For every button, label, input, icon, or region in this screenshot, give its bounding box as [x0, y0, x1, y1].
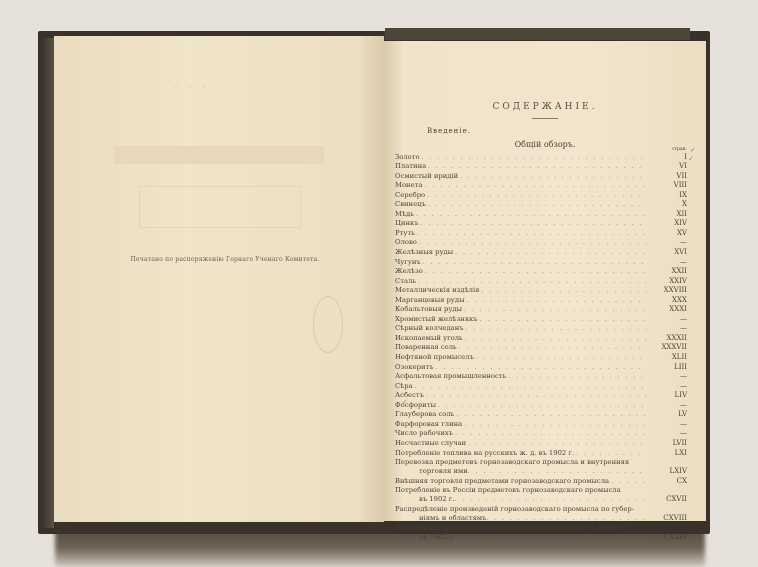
imprint-note: Печатано по распоряженію Горнаго Ученаго…	[95, 256, 355, 263]
entry-page: —	[647, 420, 695, 429]
entry-label-line1: Перевозка предметовъ горнозаводскаго про…	[395, 458, 695, 467]
entry-label: Мѣдь	[395, 210, 416, 219]
leader-dots: . . . . . . . . . . . . . . . . . . . . …	[456, 410, 647, 419]
toc-entry: Асбестъ . . . . . . . . . . . . . . . . …	[395, 391, 695, 401]
leader-dots: . . . . . . . . . . . . . . . . . . . . …	[468, 439, 647, 448]
entry-page: XV	[647, 229, 695, 238]
entry-page: XXXII	[647, 334, 695, 343]
toc-entry: Цинкъ . . . . . . . . . . . . . . . . . …	[395, 219, 695, 229]
entry-label: Глауберова соль	[395, 410, 456, 419]
toc-entry: Олово . . . . . . . . . . . . . . . . . …	[395, 238, 695, 248]
toc-entry: Марганцевыя руды . . . . . . . . . . . .…	[395, 295, 695, 305]
leader-dots: . . . . . . . . . . . . . . . . . . . . …	[466, 324, 647, 333]
entry-label: Ртуть	[395, 229, 417, 238]
leader-dots: . . . . . . . . . . . . . . . . . . . . …	[424, 181, 647, 190]
leader-dots: . . . . . . . . . . . . . . . . . . . . …	[486, 514, 647, 524]
leader-dots: . . . . . . . . . . . . . . . . . . . . …	[480, 315, 647, 324]
leader-dots: . . . . . . . . . . . . . . . . . . . . …	[415, 382, 647, 391]
book-spine-edge	[42, 38, 54, 528]
entry-label: Сталь	[395, 277, 418, 286]
toc-title: СОДЕРЖАНІЕ.	[395, 102, 695, 112]
entry-page: XXXI	[647, 305, 695, 314]
leader-dots: . . . . . . . . . . . . . . . . . . . . …	[467, 296, 647, 305]
entry-page: VI	[647, 162, 695, 171]
entry-label: Ископаемый уголь	[395, 334, 465, 343]
entry-label: Желѣзо	[395, 267, 425, 276]
title-rule	[532, 118, 558, 119]
entry-page: CXVIII	[647, 514, 695, 524]
entry-label: Марганцевыя руды	[395, 296, 467, 305]
entry-label-line1: Распредѣленіе произведеній горнозаводска…	[395, 505, 695, 514]
entry-label: Серебро	[395, 191, 427, 200]
leader-dots: . . . . . . . . . . . . . . . . . . . . …	[419, 238, 647, 247]
toc-entry: Несчастные случаи . . . . . . . . . . . …	[395, 438, 695, 448]
leader-dots: . . . . . . . . . . . . . . . . . . . . …	[416, 210, 647, 219]
entry-page: XIV	[647, 219, 695, 228]
leader-dots: . . . . . . . . . . . . . . . . . . . . …	[423, 258, 647, 267]
bleedthrough-block-2	[139, 186, 301, 228]
leader-dots: . . . . . . . . . . . . . . . . . . . . …	[459, 343, 647, 352]
leader-dots: . . . . . . . . . . . . . . . . . . . . …	[428, 200, 647, 209]
leader-dots: . . . . . . . . . . . . . . . . . . . . …	[422, 153, 647, 162]
entry-label: Число рабочихъ	[395, 429, 455, 438]
table-of-contents: СОДЕРЖАНІЕ. Введеніе. Общій обзоръ. стра…	[395, 96, 695, 543]
entry-page: —	[647, 429, 695, 438]
bleedthrough-block	[114, 146, 324, 164]
entry-page: —	[647, 324, 695, 333]
leader-dots: . . . . . . . . . . . . . . . . . . . . …	[418, 277, 647, 286]
toc-entry-multiline: Потребленіе въ Россіи предметовъ горноза…	[395, 486, 695, 505]
toc-entry: Сѣра . . . . . . . . . . . . . . . . . .…	[395, 381, 695, 391]
entry-page: VIII	[647, 181, 695, 190]
toc-entry: Фосфориты . . . . . . . . . . . . . . . …	[395, 400, 695, 410]
toc-entry: Сталь . . . . . . . . . . . . . . . . . …	[395, 276, 695, 286]
left-page: · · ·	[54, 36, 384, 522]
entry-label: Свинецъ	[395, 200, 428, 209]
entry-page: —	[647, 382, 695, 391]
toc-entry: Сѣрный колчеданъ . . . . . . . . . . . .…	[395, 324, 695, 334]
entry-page: LIII	[647, 363, 695, 372]
entry-label: Чугунъ	[395, 258, 423, 267]
toc-entry: Серебро . . . . . . . . . . . . . . . . …	[395, 190, 695, 200]
entry-label-line2: въ 1902 г.	[419, 495, 455, 505]
entry-label-line1: Потребленіе предметовъ горнозаводскаго п…	[395, 524, 695, 533]
leader-dots: . . . . . . . . . . . . . . . . . . . . …	[436, 363, 647, 372]
toc-entry: Кобальтовыя руды . . . . . . . . . . . .…	[395, 305, 695, 315]
entry-label: Внѣшняя торговля предметами горнозаводск…	[395, 477, 611, 486]
entry-page: XXXVII	[647, 343, 695, 352]
entry-page: —	[647, 372, 695, 381]
toc-entry-multiline: Распредѣленіе произведеній горнозаводска…	[395, 505, 695, 524]
entry-page: IX	[647, 191, 695, 200]
leader-dots: . . . . . . . . . . . . . . . . . . . . …	[576, 449, 647, 458]
pencil-check-mark: ✓	[690, 146, 696, 154]
toc-entry: Озокеритъ . . . . . . . . . . . . . . . …	[395, 362, 695, 372]
toc-entry: Металлическія издѣлія . . . . . . . . . …	[395, 286, 695, 296]
entry-page: LIV	[647, 391, 695, 400]
entry-page: LV	[647, 410, 695, 419]
entry-page: LXI	[647, 449, 695, 458]
entry-label: Золото	[395, 153, 422, 162]
entry-label: Монета	[395, 181, 424, 190]
entry-label: Нефтяной промыселъ	[395, 353, 476, 362]
leader-dots: . . . . . . . . . . . . . . . . . . . . …	[455, 248, 647, 257]
leader-dots: . . . . . . . . . . . . . . . . . . . . …	[476, 353, 647, 362]
toc-entry: Чугунъ . . . . . . . . . . . . . . . . .…	[395, 257, 695, 267]
entry-page: —	[647, 258, 695, 267]
entry-label: Кобальтовыя руды	[395, 305, 464, 314]
entry-page: CXVII	[647, 495, 695, 505]
toc-entry: Нефтяной промыселъ . . . . . . . . . . .…	[395, 352, 695, 362]
leader-dots: . . . . . . . . . . . . . . . . . . . . …	[426, 391, 647, 400]
entry-page: LVII	[647, 439, 695, 448]
leader-dots: . . . . . . . . . . . . . . . . . . . . …	[455, 429, 647, 438]
toc-entry: Осмистый иридій . . . . . . . . . . . . …	[395, 171, 695, 181]
toc-entry: Мѣдь . . . . . . . . . . . . . . . . . .…	[395, 209, 695, 219]
entry-label: Поваренная соль	[395, 343, 459, 352]
entry-label: Хромистый желѣзнякъ	[395, 315, 480, 324]
leader-dots: . . . . . . . . . . . . . . . . . . . . …	[481, 286, 647, 295]
entry-label: Сѣрный колчеданъ	[395, 324, 466, 333]
entry-page: CX	[647, 477, 695, 486]
entry-label: Асбестъ	[395, 391, 426, 400]
entry-label: Фарфоровая глина	[395, 420, 464, 429]
leader-dots: . . . . . . . . . . . . . . . . . . . . …	[508, 372, 647, 381]
toc-entry-multiline: Внѣшняя торговля предметами горнозаводск…	[395, 477, 695, 487]
toc-entry: Потребленіе топлива на русскихъ ж. д. въ…	[395, 448, 695, 458]
entry-page: XXII	[647, 267, 695, 276]
toc-entry: Ископаемый уголь . . . . . . . . . . . .…	[395, 333, 695, 343]
toc-entry: Желѣзо . . . . . . . . . . . . . . . . .…	[395, 267, 695, 277]
toc-entries: Золото . . . . . . . . . . . . . . . . .…	[395, 152, 695, 458]
leader-dots: . . . . . . . . . . . . . . . . . . . . …	[464, 305, 647, 314]
leader-dots: . . . . . . . . . . . . . . . . . . . . …	[464, 420, 647, 429]
toc-entry: Ртуть . . . . . . . . . . . . . . . . . …	[395, 228, 695, 238]
entry-page: LXIV	[647, 467, 695, 477]
toc-intro: Введеніе.	[427, 127, 695, 135]
toc-entry: Хромистый желѣзнякъ . . . . . . . . . . …	[395, 314, 695, 324]
entry-page: XXX	[647, 296, 695, 305]
entry-page: X	[647, 200, 695, 209]
entry-page: —	[647, 238, 695, 247]
entry-page: VII	[647, 172, 695, 181]
leader-dots: . . . . . . . . . . . . . . . . . . . . …	[438, 401, 647, 410]
entry-label: Цинкъ	[395, 219, 421, 228]
leader-dots: . . . . . . . . . . . . . . . . . . . . …	[460, 172, 647, 181]
toc-entry: Платина . . . . . . . . . . . . . . . . …	[395, 162, 695, 172]
toc-entry: Поваренная соль . . . . . . . . . . . . …	[395, 343, 695, 353]
entry-label-line1: Потребленіе въ Россіи предметовъ горноза…	[395, 486, 695, 495]
toc-entry: Свинецъ . . . . . . . . . . . . . . . . …	[395, 200, 695, 210]
entry-label: Платина	[395, 162, 428, 171]
pencil-check-mark: ✓	[688, 155, 694, 163]
library-stamp	[313, 296, 343, 353]
leader-dots: . . . . . . . . . . . . . . . . . . . . …	[421, 219, 647, 228]
leader-dots: . . . . . . . . . . . . . . . . . . . . …	[455, 495, 648, 505]
pencil-check-mark: ✓	[402, 398, 408, 406]
leader-dots: . . . . . . . . . . . . . . . . . . . . …	[427, 191, 647, 200]
toc-entry: Глауберова соль . . . . . . . . . . . . …	[395, 410, 695, 420]
leader-dots: . . . . . . . . . . . . . . . . . . . . …	[425, 267, 647, 276]
entry-page: XXVIII	[647, 286, 695, 295]
entry-label: Озокеритъ	[395, 363, 436, 372]
entry-label-line2: ніямъ и областямъ	[419, 514, 486, 524]
toc-entry: Золото . . . . . . . . . . . . . . . . .…	[395, 152, 695, 162]
leader-dots: . . . . . . . . . . . . . . . . . . . . …	[428, 162, 647, 171]
entry-label: Олово	[395, 238, 419, 247]
entry-label: Осмистый иридій	[395, 172, 460, 181]
entry-page: XII	[647, 210, 695, 219]
toc-entry-multiline: Потребленіе предметовъ горнозаводскаго п…	[395, 524, 695, 543]
entry-label: Асфальтовая промышленность	[395, 372, 508, 381]
toc-entry-multiline: Перевозка предметовъ горнозаводскаго про…	[395, 458, 695, 477]
entry-page: XVI	[647, 248, 695, 257]
entry-page: XXIV	[647, 277, 695, 286]
entry-label: Металлическія издѣлія	[395, 286, 481, 295]
entry-label-line2: по 1902 г.	[419, 533, 455, 543]
toc-entry: Фарфоровая глина . . . . . . . . . . . .…	[395, 419, 695, 429]
leader-dots: . . . . . . . . . . . . . . . . . . . . …	[417, 229, 647, 238]
entry-page: —	[647, 315, 695, 324]
entry-page: —	[647, 401, 695, 410]
entry-label: Сѣра	[395, 382, 415, 391]
toc-multiline-entries: Перевозка предметовъ горнозаводскаго про…	[395, 458, 695, 544]
toc-entry: Желѣзныя руды . . . . . . . . . . . . . …	[395, 247, 695, 257]
book-cover-top-edge	[385, 28, 690, 40]
entry-page: XLII	[647, 353, 695, 362]
bleedthrough-title: · · ·	[174, 81, 208, 94]
leader-dots: . . . . . . . . . . . . . . . . . . . . …	[611, 477, 647, 486]
toc-entry: Асфальтовая промышленность . . . . . . .…	[395, 372, 695, 382]
entry-label-line2: торговля ими	[419, 467, 468, 477]
leader-dots: . . . . . . . . . . . . . . . . . . . . …	[465, 334, 647, 343]
entry-label: Желѣзныя руды	[395, 248, 455, 257]
entry-label: Потребленіе топлива на русскихъ ж. д. въ…	[395, 449, 576, 458]
leader-dots: . . . . . . . . . . . . . . . . . . . . …	[468, 467, 647, 477]
entry-page: CXXIV	[647, 533, 695, 543]
leader-dots: . . . . . . . . . . . . . . . . . . . . …	[455, 533, 647, 543]
toc-entry: Монета . . . . . . . . . . . . . . . . .…	[395, 181, 695, 191]
toc-entry: Число рабочихъ . . . . . . . . . . . . .…	[395, 429, 695, 439]
entry-label: Несчастные случаи	[395, 439, 468, 448]
